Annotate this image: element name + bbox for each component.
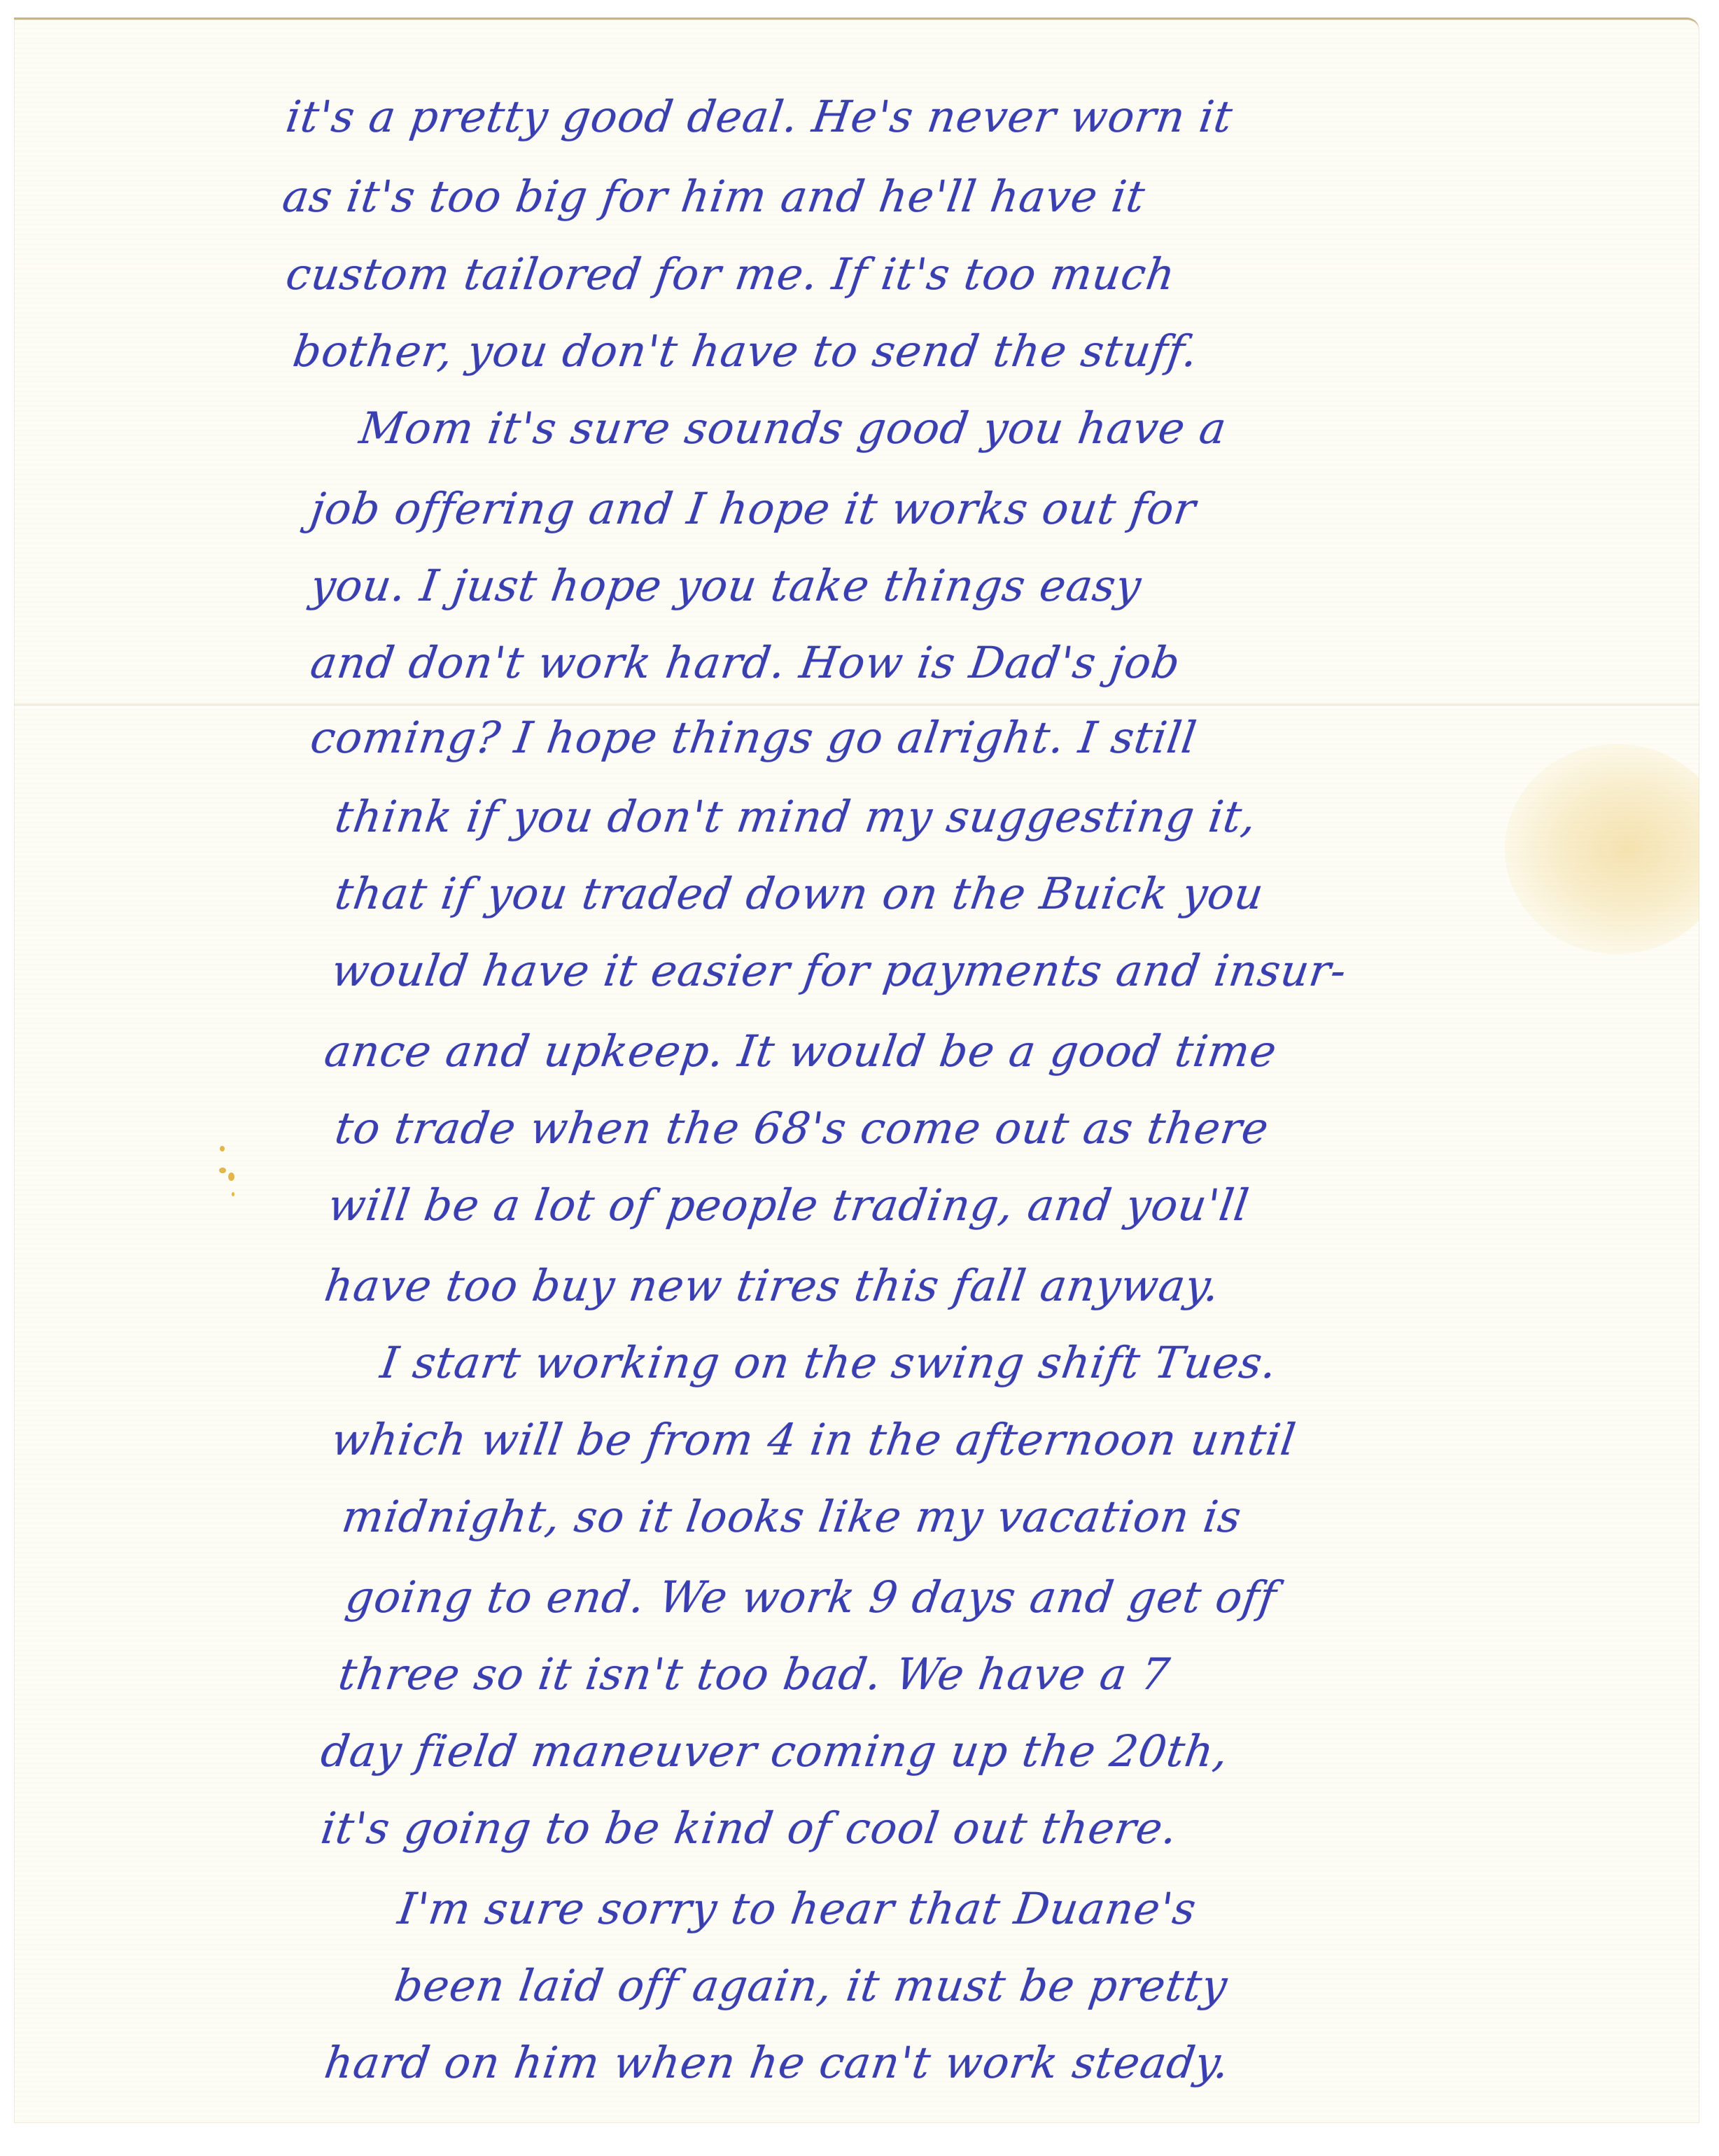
letter-line-6: job offering and I hope it works out for bbox=[308, 487, 1199, 531]
letter-line-19: midnight, so it looks like my vacation i… bbox=[339, 1495, 1244, 1539]
letter-line-21: three so it isn't too bad. We have a 7 bbox=[336, 1653, 1172, 1696]
letter-page: it's a pretty good deal. He's never worn… bbox=[14, 17, 1699, 2123]
ink-speck bbox=[219, 1168, 226, 1173]
letter-line-8: and don't work hard. How is Dad's job bbox=[308, 641, 1183, 685]
letter-line-3: custom tailored for me. If it's too much bbox=[283, 253, 1178, 296]
ink-speck bbox=[220, 1146, 225, 1151]
letter-line-5: Mom it's sure sounds good you have a bbox=[357, 407, 1229, 450]
letter-line-22: day field maneuver coming up the 20th, bbox=[318, 1730, 1231, 1773]
letter-line-16: have too buy new tires this fall anyway. bbox=[322, 1264, 1223, 1308]
letter-line-26: hard on him when he can't work steady. bbox=[322, 2041, 1233, 2085]
letter-line-20: going to end. We work 9 days and get off bbox=[343, 1576, 1279, 1619]
ink-speck bbox=[232, 1192, 234, 1196]
letter-line-7: you. I just hope you take things easy bbox=[308, 564, 1144, 608]
letter-line-11: that if you traded down on the Buick you bbox=[332, 872, 1266, 916]
letter-line-15: will be a lot of people trading, and you… bbox=[325, 1184, 1251, 1227]
letter-line-23: it's going to be kind of cool out there. bbox=[318, 1807, 1180, 1850]
letter-line-9: coming? I hope things go alright. I stil… bbox=[308, 716, 1200, 759]
letter-line-2: as it's too big for him and he'll have i… bbox=[280, 175, 1148, 218]
letter-line-24: I'm sure sorry to hear that Duane's bbox=[395, 1887, 1199, 1931]
letter-line-17: I start working on the swing shift Tues. bbox=[378, 1341, 1280, 1385]
letter-line-25: been laid off again, it must be pretty bbox=[392, 1964, 1230, 2008]
letter-line-10: think if you don't mind my suggesting it… bbox=[332, 795, 1259, 839]
ink-speck bbox=[228, 1172, 234, 1181]
water-stain bbox=[1505, 744, 1699, 954]
letter-line-18: which will be from 4 in the afternoon un… bbox=[329, 1418, 1298, 1462]
letter-line-4: bother, you don't have to send the stuff… bbox=[290, 330, 1201, 373]
letter-line-12: would have it easier for payments and in… bbox=[329, 949, 1349, 993]
fold-crease bbox=[14, 702, 1699, 709]
letter-line-1: it's a pretty good deal. He's never worn… bbox=[283, 95, 1235, 139]
letter-line-13: ance and upkeep. It would be a good time bbox=[322, 1030, 1279, 1073]
letter-line-14: to trade when the 68's come out as there bbox=[332, 1107, 1272, 1150]
